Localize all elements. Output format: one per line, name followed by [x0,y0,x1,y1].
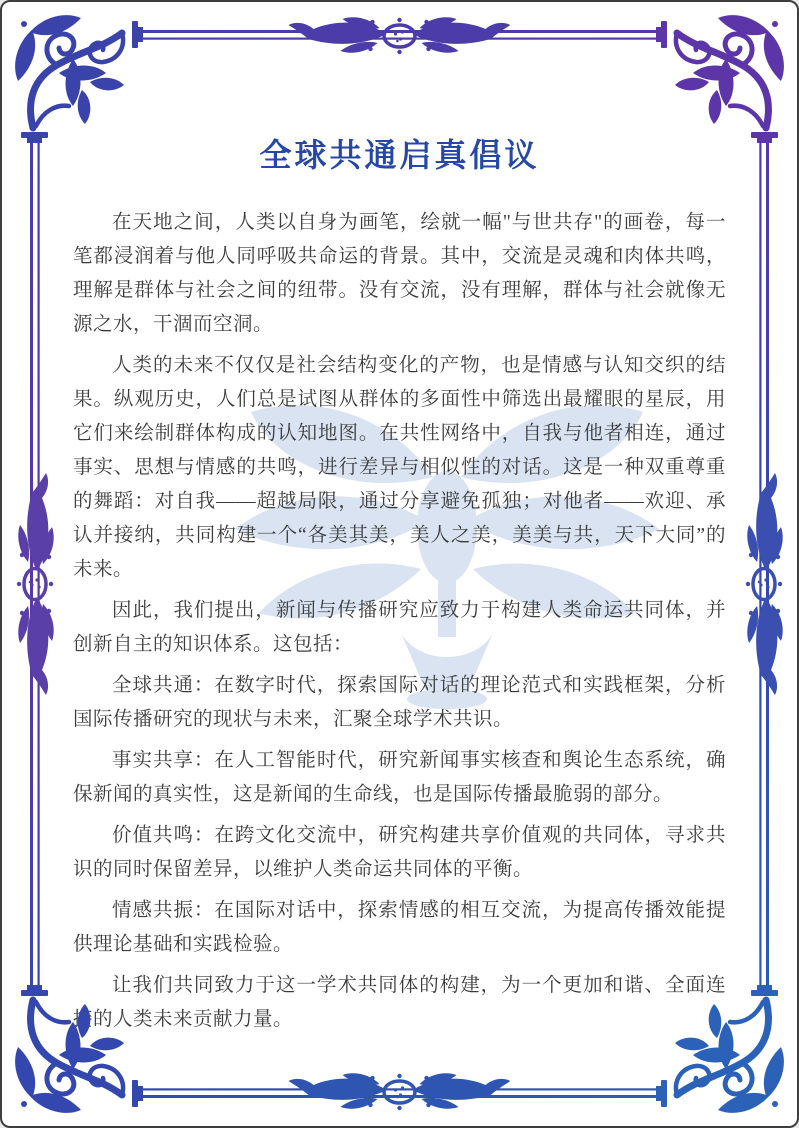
paragraph-proposal: 因此，我们提出，新闻与传播研究应致力于构建人类命运共同体，并创新自主的知识体系。… [73,594,726,662]
edge-ornament-top [289,17,511,54]
paragraph-vision: 人类的未来不仅仅是社会结构变化的产物，也是情感与认知交织的结果。纵观历史，人们总… [73,349,726,587]
paragraph-global-commonality: 全球共通：在数字时代，探索国际对话的理论范式和实践框架，分析国际传播研究的现状与… [73,669,726,737]
edge-ornament-left [17,473,54,695]
corner-flourish-top-left [15,15,143,143]
paragraph-value-resonance: 价值共鸣：在跨文化交流中，研究构建共享价值观的共同体，寻求共识的同时保留差异，以… [73,819,726,887]
edge-ornament-bottom [289,1073,511,1110]
paragraph-fact-sharing: 事实共享：在人工智能时代，研究新闻事实核查和舆论生态系统，确保新闻的真实性，这是… [73,744,726,812]
document-content: 全球共通启真倡议 在天地之间，人类以自身为画笔，绘就一幅"与世共存"的画卷，每一… [73,130,726,1044]
paragraph-emotional-resonance: 情感共振：在国际对话中，探索情感的相互交流，为提高传播效能提供理论基础和实践检验… [73,894,726,962]
corner-flourish-top-right [656,15,784,143]
paragraph-intro: 在天地之间，人类以自身为画笔，绘就一幅"与世共存"的画卷，每一笔都浸润着与他人同… [73,206,726,342]
document-page: 全球共通启真倡议 在天地之间，人类以自身为画笔，绘就一幅"与世共存"的画卷，每一… [0,0,799,1128]
edge-ornament-right [746,473,783,695]
document-body: 在天地之间，人类以自身为画笔，绘就一幅"与世共存"的画卷，每一笔都浸润着与他人同… [73,206,726,1037]
paragraph-closing: 让我们共同致力于这一学术共同体的构建，为一个更加和谐、全面连接的人类未来贡献力量… [73,969,726,1037]
page-title: 全球共通启真倡议 [73,130,726,176]
